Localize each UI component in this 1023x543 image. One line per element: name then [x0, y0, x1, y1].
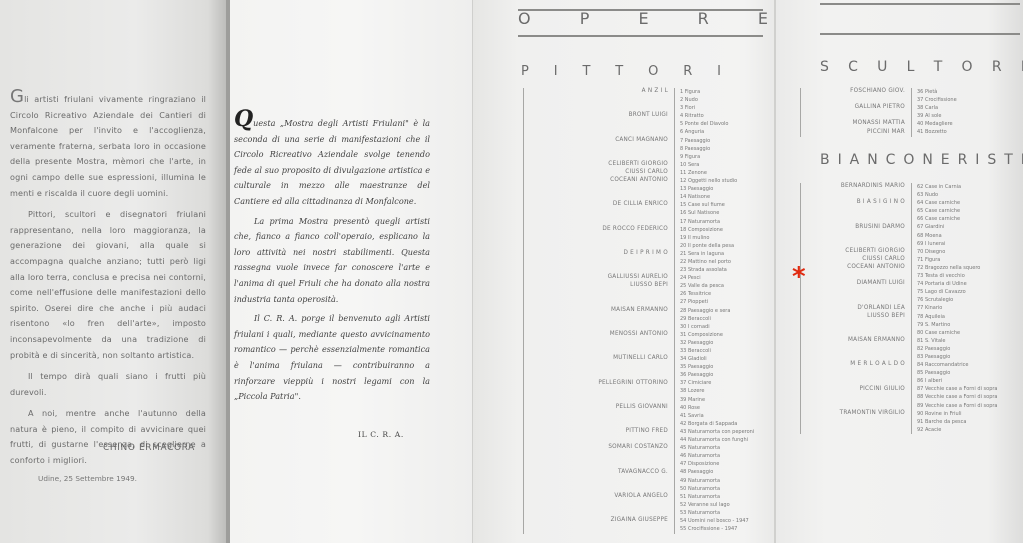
title-letter: U [877, 59, 887, 75]
title-letter: A [850, 152, 860, 168]
artist-name: MUTINELLI CARLO [613, 355, 668, 361]
work-entry: 47 Disposizione [675, 460, 775, 468]
title-rule [518, 35, 763, 37]
intro-paragraph: Questa „Mostra degli Artisti Friulani" è… [234, 113, 430, 210]
artist-name: D'ORLANDI LEA [857, 305, 905, 311]
work-entry: 38 Lozere [675, 387, 775, 395]
signature: CHINO ERMACORA [103, 443, 195, 453]
title-letter: N [867, 152, 877, 168]
artist-column: BERNARDINIS MARIOB I A S I G I N OBRUSIN… [800, 183, 911, 434]
title-letter: T [582, 64, 590, 79]
artist-name: BRUSINI DARMO [855, 224, 905, 230]
work-entry: 77 Kinario [912, 304, 1012, 312]
title-letter: T [615, 64, 623, 79]
painters-list: A N Z I LBRONT LUIGICANCI MAGNANOCELIBER… [523, 88, 775, 534]
artist-name: TAVAGNACCO G. [618, 469, 668, 475]
work-entry: 41 Bozzetto [912, 128, 1012, 136]
work-entry: 24 Pesci [675, 274, 775, 282]
work-entry: 29 Beraccoli [675, 315, 775, 323]
work-entry: 49 Naturamorta [675, 477, 775, 485]
artist-name: PELLEGRINI OTTORINO [598, 380, 668, 386]
title-letter: B [820, 152, 830, 168]
work-entry: 90 Rovine in Friuli [912, 410, 1012, 418]
work-entry: 78 Aquileia [912, 313, 1012, 321]
drop-cap: G [10, 86, 24, 107]
artist-name: VARIOLA ANGELO [614, 493, 668, 499]
work-entry: 92 Acacie [912, 426, 1012, 434]
work-entry: 22 Mattino nel porto [675, 258, 775, 266]
intro-paragraph: La prima Mostra presentò quegli artisti … [234, 214, 430, 308]
artist-name: DE CILLIA ENRICO [613, 201, 668, 207]
work-entry: 3 Fiori [675, 104, 775, 112]
work-entry: 36 Paesaggio [675, 371, 775, 379]
title-letter: I [838, 152, 842, 168]
work-entry: 70 Disegno [912, 248, 1012, 256]
work-entry: 18 Composizione [675, 226, 775, 234]
work-entry: 72 Bragozzo nella squero [912, 264, 1012, 272]
work-entry: 53 Naturamorta [675, 509, 775, 517]
works-column: 36 Pietà37 Crocifissione38 Carla39 Al so… [911, 88, 1012, 137]
work-entry: 48 Paesaggio [675, 468, 775, 476]
page-foreword-ermacora: Gli artisti friulani vivamente ringrazia… [0, 0, 226, 543]
work-entry: 76 Scrutalegio [912, 296, 1012, 304]
work-entry: 11 Zenone [675, 169, 775, 177]
work-entry: 64 Case carniche [912, 199, 1012, 207]
artist-name: MAISAN ERMANNO [611, 307, 668, 313]
work-entry: 84 Raccomandatrice [912, 361, 1012, 369]
work-entry: 62 Case in Carnia [912, 183, 1012, 191]
work-entry: 87 Vecchie case a Forni di sopra [912, 385, 1012, 393]
artist-name: PITTINO FRED [626, 428, 668, 434]
foreword-text: Gli artisti friulani vivamente ringrazia… [10, 92, 206, 475]
artist-column: FOSCHIANO GIOV.GALLINA PIETROMONASSI MAT… [800, 88, 911, 137]
foreword-paragraph: A noi, mentre anche l'autunno della natu… [10, 406, 206, 468]
work-entry: 75 Lago di Cavazzo [912, 288, 1012, 296]
artist-name: DIAMANTI LUIGI [857, 280, 905, 286]
title-letter: R [683, 64, 692, 79]
artist-name: M E R L O A L D O [850, 361, 905, 367]
section-bianconeristi: BIANCONERISTI [820, 152, 1023, 168]
artist-name: CELIBERTI GIORGIO [845, 248, 905, 254]
artist-name: D E I P R I M O [624, 250, 669, 256]
work-entry: 9 Figura [675, 153, 775, 161]
work-entry: 36 Pietà [912, 88, 1012, 96]
bw-artists-list: BERNARDINIS MARIOB I A S I G I N OBRUSIN… [800, 183, 1012, 434]
work-entry: 19 Il mulino [675, 234, 775, 242]
top-rule [820, 3, 1020, 5]
drop-cap: Q [234, 106, 253, 132]
work-entry: 13 Paesaggio [675, 185, 775, 193]
title-letter: R [958, 152, 968, 168]
work-entry: 86 I alberi [912, 377, 1012, 385]
work-entry: 28 Paesaggio e sera [675, 307, 775, 315]
artist-name: PELLIS GIOVANNI [616, 404, 668, 410]
artist-name: GALLIUSSI AURELIO [608, 274, 668, 280]
work-entry: 35 Paesaggio [675, 363, 775, 371]
foreword-paragraph: Il tempo dirà quali siano i frutti più d… [10, 369, 206, 400]
work-entry: 67 Giardini [912, 223, 1012, 231]
work-entry: 16 Sul Natisone [675, 209, 775, 217]
work-entry: 12 Oggetti nello studio [675, 177, 775, 185]
work-entry: 37 Crocifissione [912, 96, 1012, 104]
work-entry: 6 Anguria [675, 128, 775, 136]
work-entry: 73 Testa di vecchio [912, 272, 1012, 280]
work-entry: 37 Cimiciare [675, 379, 775, 387]
work-entry: 21 Sera in laguna [675, 250, 775, 258]
work-entry: 7 Paesaggio [675, 137, 775, 145]
artist-name: CIUSSI CARLO [625, 169, 668, 175]
work-entry: 31 Composizione [675, 331, 775, 339]
artist-name: CIUSSI CARLO [862, 256, 905, 262]
work-entry: 65 Case carniche [912, 207, 1012, 215]
artist-name: LIUSSO BEPI [630, 282, 668, 288]
introduction-text: Questa „Mostra degli Artisti Friulani" è… [234, 113, 430, 409]
artist-name: COCEANI ANTONIO [610, 177, 668, 183]
artist-name: TRAMONTIN VIRGILIO [840, 410, 905, 416]
page-works-painters: OPERE PITTORI A N Z I LBRONT LUIGICANCI … [472, 0, 775, 543]
title-letter: L [907, 59, 915, 75]
title-letter: T [934, 59, 943, 75]
work-entry: 82 Paesaggio [912, 345, 1012, 353]
sculptors-list: FOSCHIANO GIOV.GALLINA PIETROMONASSI MAT… [800, 88, 1012, 137]
red-asterisk-annotation: * [792, 264, 806, 290]
works-column: 62 Case in Carnia63 Nudo64 Case carniche… [911, 183, 1012, 434]
work-entry: 25 Valle da pesca [675, 282, 775, 290]
work-entry: 15 Case sul fiume [675, 201, 775, 209]
work-entry: 1 Figura [675, 88, 775, 96]
work-entry: 5 Ponte del Diavolo [675, 120, 775, 128]
title-letter: T [1004, 152, 1013, 168]
title-letter: R [992, 59, 1002, 75]
title-letter: N [922, 152, 932, 168]
work-entry: 88 Vecchie case a Forni di sopra [912, 393, 1012, 401]
artist-name: PICCINI GIULIO [859, 386, 905, 392]
signature: IL C. R. A. [358, 430, 404, 439]
work-entry: 55 Crocifissione - 1947 [675, 525, 775, 533]
artist-name: PICCINI MAR [867, 129, 905, 135]
work-entry: 66 Case carniche [912, 215, 1012, 223]
foreword-paragraph: Gli artisti friulani vivamente ringrazia… [10, 92, 206, 201]
work-entry: 80 Case carniche [912, 329, 1012, 337]
artist-name: DE ROCCO FEDERICO [602, 226, 668, 232]
work-entry: 26 Tessitrice [675, 290, 775, 298]
work-entry: 40 Medagliere [912, 120, 1012, 128]
section-pittori: PITTORI [521, 64, 721, 79]
title-letter: S [820, 59, 829, 75]
work-entry: 8 Paesaggio [675, 145, 775, 153]
work-entry: 79 S. Martino [912, 321, 1012, 329]
artist-name: MAISAN ERMANNO [848, 337, 905, 343]
work-entry: 2 Nudo [675, 96, 775, 104]
work-entry: 83 Paesaggio [912, 353, 1012, 361]
work-entry: 39 Marine [675, 396, 775, 404]
artist-name: COCEANI ANTONIO [847, 264, 905, 270]
title-letter: I [554, 64, 558, 79]
title-letter: E [638, 9, 648, 28]
title-letter: O [518, 9, 531, 28]
work-entry: 27 Pioppeti [675, 298, 775, 306]
work-entry: 50 Naturamorta [675, 485, 775, 493]
artist-name: BRONT LUIGI [629, 112, 668, 118]
work-entry: 23 Strada assolata [675, 266, 775, 274]
title-rule [820, 33, 1020, 35]
section-scultori: SCULTORI [820, 59, 1023, 75]
work-entry: 91 Barche da pesca [912, 418, 1012, 426]
artist-name: BERNARDINIS MARIO [841, 183, 905, 189]
work-entry: 85 Paesaggio [912, 369, 1012, 377]
work-entry: 38 Carla [912, 104, 1012, 112]
work-entry: 51 Naturamorta [675, 493, 775, 501]
artist-column: A N Z I LBRONT LUIGICANCI MAGNANOCELIBER… [523, 88, 674, 534]
work-entry: 30 I cornadi [675, 323, 775, 331]
artist-name: LIUSSO BEPI [867, 313, 905, 319]
work-entry: 42 Borgata di Sappada [675, 420, 775, 428]
artist-name: MONASSI MATTIA [852, 120, 905, 126]
title-letter: S [987, 152, 996, 168]
title-letter: C [886, 152, 896, 168]
work-entry: 89 Vecchie case a Forni di sopra [912, 402, 1012, 410]
work-entry: 74 Portaria di Udine [912, 280, 1012, 288]
title-letter: P [521, 64, 529, 79]
work-entry: 52 Veranne sul lago [675, 501, 775, 509]
work-entry: 33 Beraccoli [675, 347, 775, 355]
title-opere: OPERE [518, 9, 768, 28]
artist-name: SOMARI COSTANZO [608, 444, 668, 450]
work-entry: 46 Naturamorta [675, 452, 775, 460]
work-entry: 63 Nudo [912, 191, 1012, 199]
intro-paragraph: Il C. R. A. porge il benvenuto agli Arti… [234, 311, 430, 405]
work-entry: 40 Rose [675, 404, 775, 412]
work-entry: 69 I lunerai [912, 240, 1012, 248]
work-entry: 17 Naturamorta [675, 218, 775, 226]
title-letter: E [758, 9, 768, 28]
work-entry: 34 Gladioli [675, 355, 775, 363]
title-letter: R [698, 9, 709, 28]
work-entry: 39 Al sole [912, 112, 1012, 120]
artist-name: FOSCHIANO GIOV. [850, 88, 905, 94]
foreword-paragraph: Pittori, scultori e disegnatori friulani… [10, 207, 206, 363]
artist-name: B I A S I G I N O [857, 199, 905, 205]
work-entry: 54 Uomini nel bosco - 1947 [675, 517, 775, 525]
title-letter: C [848, 59, 858, 75]
work-entry: 81 S. Vitale [912, 337, 1012, 345]
date-line: Udine, 25 Settembre 1949. [38, 474, 137, 483]
title-letter: P [580, 9, 590, 28]
work-entry: 44 Naturamorta con funghi [675, 436, 775, 444]
work-entry: 41 Savria [675, 412, 775, 420]
artist-name: GALLINA PIETRO [855, 104, 905, 110]
artist-name: MENOSSI ANTONIO [610, 331, 668, 337]
artist-name: CELIBERTI GIORGIO [608, 161, 668, 167]
work-entry: 10 Sera [675, 161, 775, 169]
title-letter: I [717, 64, 721, 79]
title-letter: O [648, 64, 658, 79]
title-letter: O [962, 59, 973, 75]
artist-name: A N Z I L [642, 88, 668, 94]
work-entry: 43 Naturamorta con peperoni [675, 428, 775, 436]
work-entry: 20 Il ponte della pesa [675, 242, 775, 250]
work-entry: 4 Ritratto [675, 112, 775, 120]
work-entry: 68 Moena [912, 232, 1012, 240]
page-works-sculptors-bw: SCULTORI FOSCHIANO GIOV.GALLINA PIETROMO… [774, 0, 1023, 543]
work-entry: 45 Naturamorta [675, 444, 775, 452]
work-entry: 32 Paesaggio [675, 339, 775, 347]
title-letter: E [941, 152, 950, 168]
work-entry: 14 Natisone [675, 193, 775, 201]
artist-name: CANCI MAGNANO [615, 137, 668, 143]
work-entry: 71 Figura [912, 256, 1012, 264]
title-letter: O [903, 152, 914, 168]
artist-name: ZIGAINA GIUSEPPE [611, 517, 668, 523]
works-column: 1 Figura2 Nudo3 Fiori4 Ritratto5 Ponte d… [674, 88, 775, 534]
page-introduction-cra: Questa „Mostra degli Artisti Friulani" è… [226, 0, 476, 543]
title-letter: I [975, 152, 979, 168]
